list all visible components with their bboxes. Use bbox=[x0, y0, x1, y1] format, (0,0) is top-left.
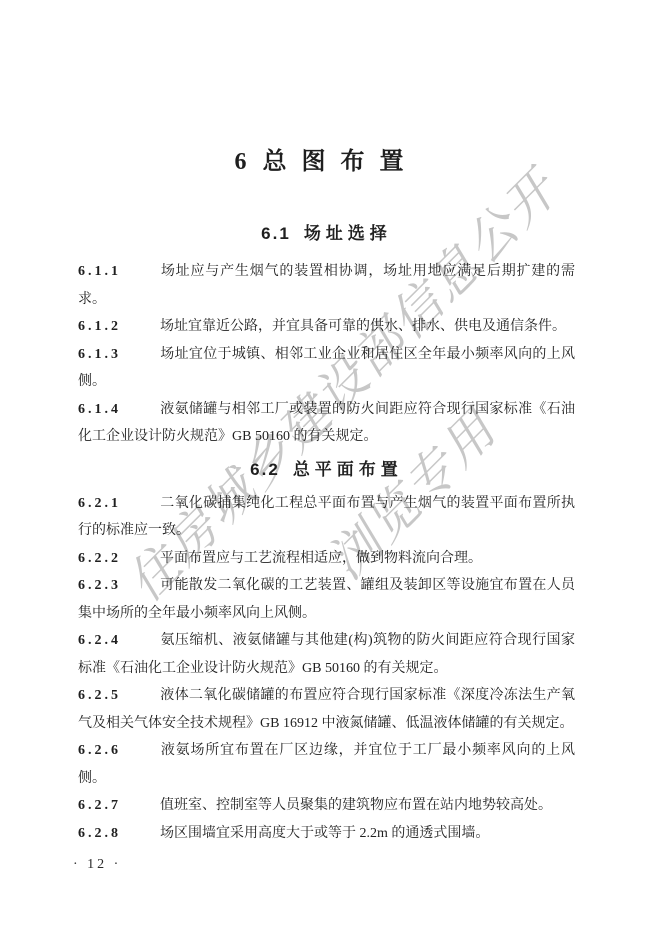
clause-number: 6.2.8 bbox=[78, 820, 130, 848]
chapter-heading: 6总图布置 bbox=[78, 147, 575, 177]
clause-number: 6.2.2 bbox=[78, 545, 130, 573]
clause-number: 6.1.4 bbox=[78, 396, 130, 424]
clause-6-2-8: 6.2.8场区围墙宜采用高度大于或等于 2.2m 的通透式围墙。 bbox=[78, 820, 575, 848]
page-number: · 12 · bbox=[73, 857, 121, 873]
section-title: 场址选择 bbox=[304, 224, 392, 243]
section-heading-6-1: 6.1场址选择 bbox=[78, 222, 575, 246]
clause-6-1-3: 6.1.3场址宜位于城镇、相邻工业企业和居住区全年最小频率风向的上风侧。 bbox=[78, 341, 575, 396]
clause-text: 场区围墙宜采用高度大于或等于 2.2m 的通透式围墙。 bbox=[160, 826, 489, 841]
clause-number: 6.2.6 bbox=[78, 737, 130, 765]
clause-number: 6.2.3 bbox=[78, 572, 130, 600]
clause-number: 6.1.3 bbox=[78, 341, 130, 369]
clause-6-2-6: 6.2.6液氨场所宜布置在厂区边缘，并宜位于工厂最小频率风向的上风侧。 bbox=[78, 737, 575, 792]
clause-6-2-1: 6.2.1二氧化碳捕集纯化工程总平面布置与产生烟气的装置平面布置所执行的标准应一… bbox=[78, 490, 575, 545]
clause-text: 液体二氧化碳储罐的布置应符合现行国家标准《深度冷冻法生产氧气及相关气体安全技术规… bbox=[78, 688, 575, 731]
clause-6-1-1: 6.1.1场址应与产生烟气的装置相协调，场址用地应满足后期扩建的需求。 bbox=[78, 258, 575, 313]
clause-number: 6.2.4 bbox=[78, 627, 130, 655]
clause-text: 平面布置应与工艺流程相适应，做到物料流向合理。 bbox=[160, 551, 482, 566]
clause-6-2-4: 6.2.4氨压缩机、液氨储罐与其他建(构)筑物的防火间距应符合现行国家标准《石油… bbox=[78, 627, 575, 682]
clause-number: 6.2.5 bbox=[78, 682, 130, 710]
clause-6-1-2: 6.1.2场址宜靠近公路，并宜具备可靠的供水、排水、供电及通信条件。 bbox=[78, 313, 575, 341]
clause-text: 氨压缩机、液氨储罐与其他建(构)筑物的防火间距应符合现行国家标准《石油化工企业设… bbox=[78, 633, 575, 676]
section-number: 6.2 bbox=[250, 460, 280, 479]
clause-number: 6.2.1 bbox=[78, 490, 130, 518]
clause-6-2-5: 6.2.5液体二氧化碳储罐的布置应符合现行国家标准《深度冷冻法生产氧气及相关气体… bbox=[78, 682, 575, 737]
clause-text: 可能散发二氧化碳的工艺装置、罐组及装卸区等设施宜布置在人员集中场所的全年最小频率… bbox=[78, 578, 575, 621]
document-page: 住房城乡建设部信息公开 浏览专用 6总图布置 6.1场址选择 6.1.1场址应与… bbox=[0, 0, 652, 946]
clause-text: 场址应与产生烟气的装置相协调，场址用地应满足后期扩建的需求。 bbox=[78, 264, 575, 307]
chapter-title: 总图布置 bbox=[263, 149, 419, 175]
clause-number: 6.1.2 bbox=[78, 313, 130, 341]
clause-6-2-2: 6.2.2平面布置应与工艺流程相适应，做到物料流向合理。 bbox=[78, 545, 575, 573]
clause-6-1-4: 6.1.4液氨储罐与相邻工厂或装置的防火间距应符合现行国家标准《石油化工企业设计… bbox=[78, 396, 575, 451]
clause-6-2-7: 6.2.7值班室、控制室等人员聚集的建筑物应布置在站内地势较高处。 bbox=[78, 792, 575, 820]
clause-text: 场址宜靠近公路，并宜具备可靠的供水、排水、供电及通信条件。 bbox=[160, 319, 566, 334]
clause-number: 6.1.1 bbox=[78, 258, 130, 286]
section-title: 总平面布置 bbox=[293, 460, 403, 479]
clause-text: 二氧化碳捕集纯化工程总平面布置与产生烟气的装置平面布置所执行的标准应一致。 bbox=[78, 496, 575, 539]
page-content: 6总图布置 6.1场址选择 6.1.1场址应与产生烟气的装置相协调，场址用地应满… bbox=[78, 147, 575, 847]
section-heading-6-2: 6.2总平面布置 bbox=[78, 458, 575, 482]
clause-text: 场址宜位于城镇、相邻工业企业和居住区全年最小频率风向的上风侧。 bbox=[78, 347, 575, 390]
clause-text: 液氨储罐与相邻工厂或装置的防火间距应符合现行国家标准《石油化工企业设计防火规范》… bbox=[78, 402, 575, 445]
clause-text: 液氨场所宜布置在厂区边缘，并宜位于工厂最小频率风向的上风侧。 bbox=[78, 743, 575, 786]
clause-number: 6.2.7 bbox=[78, 792, 130, 820]
chapter-number: 6 bbox=[235, 149, 247, 175]
clause-text: 值班室、控制室等人员聚集的建筑物应布置在站内地势较高处。 bbox=[160, 798, 552, 813]
section-number: 6.1 bbox=[261, 224, 291, 243]
clause-6-2-3: 6.2.3可能散发二氧化碳的工艺装置、罐组及装卸区等设施宜布置在人员集中场所的全… bbox=[78, 572, 575, 627]
